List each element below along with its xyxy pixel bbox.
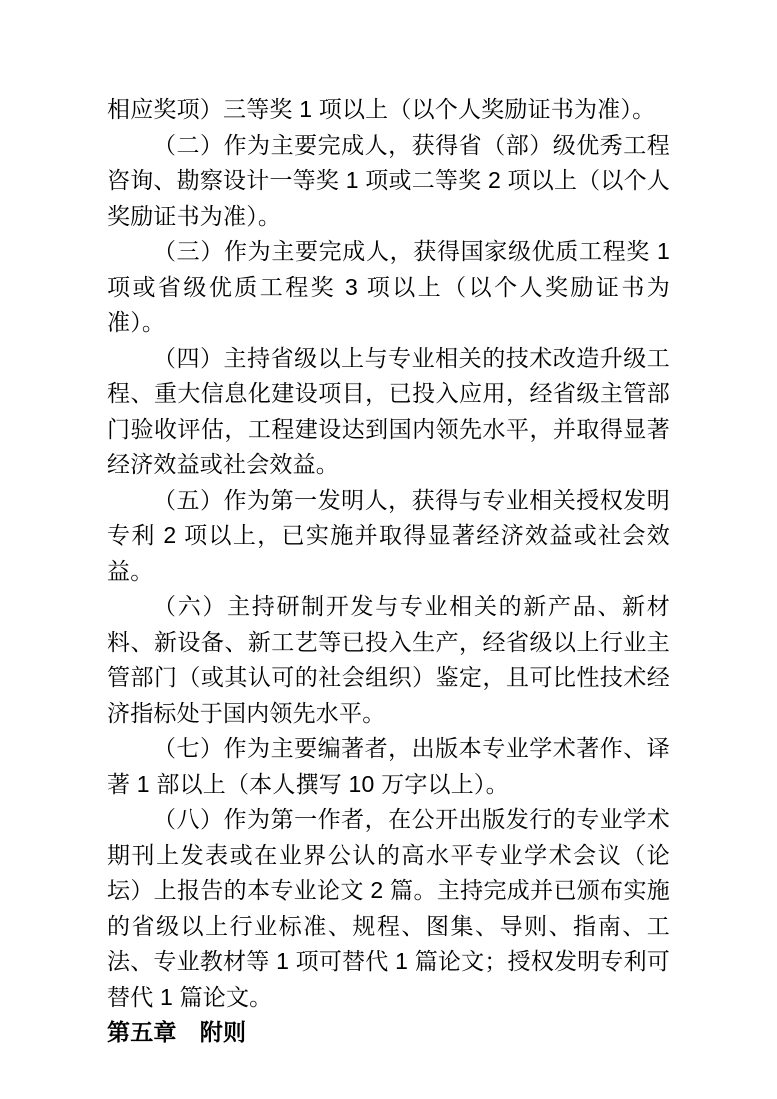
body-paragraph-item-5: （五）作为第一发明人，获得与专业相关授权发明专利 2 项以上，已实施并取得显著经… bbox=[107, 483, 670, 590]
document-page: 相应奖项）三等奖 1 项以上（以个人奖励证书为准）。 （二）作为主要完成人，获得… bbox=[0, 0, 777, 1099]
body-paragraph-item-8: （八）作为第一作者，在公开出版发行的专业学术期刊上发表或在业界公认的高水平专业学… bbox=[107, 802, 670, 1015]
body-paragraph-item-3: （三）作为主要完成人，获得国家级优质工程奖 1 项或省级优质工程奖 3 项以上（… bbox=[107, 234, 670, 341]
body-paragraph-item-6: （六）主持研制开发与专业相关的新产品、新材料、新设备、新工艺等已投入生产，经省级… bbox=[107, 589, 670, 731]
body-paragraph-continuation: 相应奖项）三等奖 1 项以上（以个人奖励证书为准）。 bbox=[107, 92, 670, 128]
body-paragraph-item-2: （二）作为主要完成人，获得省（部）级优秀工程咨询、勘察设计一等奖 1 项或二等奖… bbox=[107, 128, 670, 235]
body-paragraph-item-4: （四）主持省级以上与专业相关的技术改造升级工程、重大信息化建设项目，已投入应用，… bbox=[107, 341, 670, 483]
document-body: 相应奖项）三等奖 1 项以上（以个人奖励证书为准）。 （二）作为主要完成人，获得… bbox=[107, 92, 670, 1051]
chapter-heading: 第五章 附则 bbox=[107, 1015, 670, 1051]
body-paragraph-item-7: （七）作为主要编著者，出版本专业学术著作、译著 1 部以上（本人撰写 10 万字… bbox=[107, 731, 670, 802]
